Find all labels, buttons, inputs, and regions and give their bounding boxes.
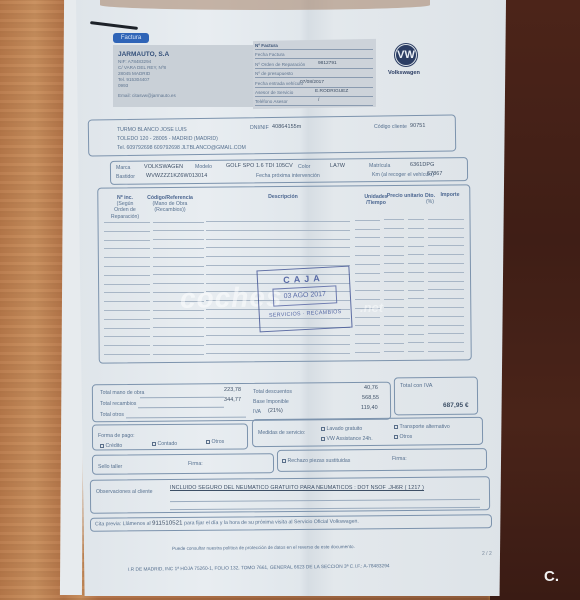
page-number: 2 / 2 (482, 551, 492, 557)
meta-label: Nº Orden de Reparación (255, 62, 305, 67)
table-row-line (428, 263, 464, 264)
table-row-line (104, 292, 150, 293)
meta-label: Nº de presupuesto (255, 71, 293, 76)
invoice-meta-row: Nº de presupuesto (255, 71, 373, 78)
dni-value: 40864155m (272, 124, 301, 130)
watermark-suffix: .net (360, 300, 383, 315)
stamp-date-box: 03 AGO 2017 (272, 285, 337, 306)
option-label: Transporte alternativo (400, 424, 450, 430)
checkbox[interactable] (321, 437, 325, 441)
invoice-meta-row: Teléfono Asesor (255, 99, 373, 106)
table-row-line (428, 237, 464, 238)
table-row-line (384, 299, 404, 300)
table-row-line (355, 220, 380, 221)
table-row-line (428, 245, 464, 246)
table-row-line (408, 351, 424, 352)
meta-label: Teléfono Asesor (255, 99, 288, 104)
table-row-line (408, 237, 424, 238)
signature-label: Firma: (188, 461, 203, 467)
table-row-line (428, 228, 464, 229)
table-row-line (428, 272, 464, 273)
table-row-line (355, 334, 380, 335)
table-row-line (153, 318, 204, 319)
customer-contact: Tel. 609792698 609792698 JLTBLANCO@GMAIL… (117, 145, 246, 151)
invoice-type-badge: Factura (113, 33, 149, 43)
vehicle-field-label: Color (298, 164, 310, 170)
meta-label: Nº Factura (255, 43, 278, 48)
table-row-line (428, 307, 464, 308)
table-row-line (206, 221, 350, 222)
payment-option-cash[interactable]: Contado (152, 441, 177, 447)
table-row-line (104, 266, 150, 267)
invoice-meta-row: Nº Orden de Reparación (255, 62, 373, 69)
table-row-line (355, 281, 380, 282)
discount-label: Total descuentos (253, 389, 292, 395)
service-option-transport[interactable]: Transporte alternativo (394, 424, 450, 430)
dni-label: DNI/NIF (250, 125, 269, 131)
option-label: Lavado gratuito (327, 426, 363, 432)
meta-label: Fecha entrada vehículo (255, 81, 303, 86)
table-row-line (355, 343, 380, 344)
table-row-line (153, 248, 204, 249)
table-row-line (355, 255, 380, 256)
parts-total-label: Total recambios (100, 401, 136, 407)
option-label: Crédito (106, 443, 123, 449)
vehicle-field-value: 67867 (427, 171, 443, 177)
option-label: VW Assistance 24h. (327, 436, 373, 442)
checkbox[interactable] (394, 435, 398, 439)
table-row-line (408, 307, 424, 308)
corner-watermark: C. (544, 568, 559, 585)
table-row-line (384, 343, 404, 344)
table-row-line (104, 328, 150, 329)
column-label: Código/Referencia (147, 195, 193, 201)
table-row-line (355, 352, 380, 353)
table-row-line (428, 281, 464, 282)
table-row-line (384, 237, 404, 238)
column-header-inc: Nº inc.(Según Orden de Reparación) (109, 195, 141, 220)
observations-text: INCLUIDO SEGURO DEL NEUMATICO GRATUITO P… (170, 485, 424, 491)
table-row-line (384, 272, 404, 273)
table-row-line (355, 264, 380, 265)
table-row-line (408, 254, 424, 255)
column-sublabel: (Según Orden de Reparación) (109, 201, 141, 220)
vw-logo-icon: VW (395, 44, 417, 66)
table-row-line (408, 334, 424, 335)
table-row-line (384, 290, 404, 291)
vehicle-field-label: Km (al recoger el vehículo) (372, 172, 434, 178)
table-row-line (206, 353, 350, 354)
vehicle-field-label: Modelo (195, 164, 212, 170)
table-row-line (408, 316, 424, 317)
table-row-line (153, 345, 204, 346)
table-row-line (206, 256, 350, 257)
table-row-line (355, 317, 380, 318)
grand-total-label: Total con IVA (400, 383, 433, 390)
company-code: 0993 (118, 83, 128, 88)
cashier-stamp: CAJA 03 AGO 2017 SERVICIOS · RECAMBIOS (256, 266, 352, 333)
vw-logo-glyph: VW (396, 45, 416, 65)
table-row-line (384, 316, 404, 317)
table-row-line (428, 325, 464, 326)
meta-value: 07/08/2017 (300, 80, 324, 85)
payment-option-other[interactable]: Otros (206, 439, 224, 445)
table-row-line (104, 257, 150, 258)
table-row-line (408, 290, 424, 291)
table-row-line (355, 290, 380, 291)
table-row-line (428, 342, 464, 343)
vat-value: 119,40 (361, 405, 378, 411)
table-row-line (206, 239, 350, 240)
vehicle-field-label: Bastidor (116, 174, 135, 180)
discount-value: 40,76 (364, 385, 378, 391)
vehicle-field-label: Fecha próxima intervención (256, 173, 320, 179)
table-row-line (206, 247, 350, 248)
company-nif: NIF: A78483294 (118, 59, 151, 64)
vehicle-field-label: Marca (116, 165, 130, 171)
observations-label: Observaciones al cliente (96, 489, 153, 495)
table-row-line (153, 257, 204, 258)
table-row-line (428, 316, 464, 317)
table-row-line (384, 246, 404, 247)
client-code-label: Código cliente (374, 124, 407, 130)
meta-label: Asesor de Servicio (255, 90, 293, 95)
meta-value: 9812791 (318, 61, 337, 66)
table-row-line (384, 263, 404, 264)
table-row-line (104, 319, 150, 320)
checkbox[interactable] (282, 459, 286, 463)
vehicle-field-value: VOLKSWAGEN (144, 164, 183, 170)
invoice-meta-row: Asesor de Servicio (255, 90, 373, 97)
labor-total-label: Total mano de obra (100, 390, 144, 396)
table-row-line (104, 240, 150, 241)
option-label: Otros (212, 439, 225, 445)
company-street: C/ VARA DEL REY, Nº8 (118, 65, 166, 70)
table-row-line (408, 246, 424, 247)
checkbox[interactable] (100, 444, 104, 448)
column-header-code: Código/Referencia(Mano de Obra (Recambio… (147, 195, 193, 214)
stamp-title: CAJA (258, 272, 349, 287)
table-row-line (428, 333, 464, 334)
company-phone: Tel. 915304407 (118, 77, 149, 82)
table-row-line (153, 327, 204, 328)
table-row-line (408, 263, 424, 264)
invoice-meta-row: Fecha Factura (255, 52, 373, 59)
column-label: Descripción (263, 194, 303, 200)
table-row-line (384, 281, 404, 282)
checkbox[interactable] (206, 440, 210, 444)
table-row-line (206, 230, 350, 231)
client-code-value: 90751 (410, 123, 426, 129)
table-row-line (153, 239, 204, 240)
column-label: Importe (430, 192, 470, 198)
table-row-line (206, 335, 350, 336)
vehicle-field-value: 6361DPG (410, 162, 434, 168)
table-row-line (355, 325, 380, 326)
table-row-line (428, 219, 464, 220)
invoice-meta-row: Nº Factura (255, 43, 373, 50)
workshop-seal-label: Sello taller (98, 464, 122, 470)
table-row-line (408, 342, 424, 343)
customer-name: TURMO BLANCO JOSE LUIS (117, 127, 187, 133)
table-row-line (153, 336, 204, 337)
service-measures-label: Medidas de servicio: (258, 430, 305, 436)
appointment-prefix: Cita previa: Llámenos al (95, 521, 151, 528)
tax-base-value: 568,55 (362, 395, 379, 401)
stamp-footer: SERVICIOS · RECAMBIOS (262, 309, 349, 320)
table-row-line (428, 298, 464, 299)
table-row-line (104, 231, 150, 232)
table-row-line (355, 237, 380, 238)
column-sublabel: (Mano de Obra (Recambios)) (147, 201, 193, 213)
checkbox[interactable] (394, 425, 398, 429)
column-header-amount: Importe (430, 192, 470, 198)
table-row-line (104, 284, 150, 285)
vehicle-field-label: Matrícula (369, 163, 390, 169)
table-row-line (206, 344, 350, 345)
table-row-line (408, 228, 424, 229)
meta-value: E.RODRIGUEZ (315, 89, 348, 94)
tax-base-label: Base Imponible (253, 399, 289, 405)
table-row-line (428, 289, 464, 290)
paper-top-shadow (100, 0, 430, 10)
vehicle-field-value: LA7W (330, 163, 345, 169)
parts-total-value: 344,77 (224, 397, 241, 403)
table-row-line (104, 354, 150, 355)
checkbox[interactable] (152, 442, 156, 446)
table-row-line (384, 325, 404, 326)
signature-label-2: Firma: (392, 456, 407, 462)
vat-rate: (21%) (268, 408, 283, 414)
table-row-line (384, 307, 404, 308)
payment-label: Forma de pago: (98, 433, 135, 439)
table-row-line (428, 254, 464, 255)
vehicle-field-value: GOLF SPO 1.6 TDI 105CV (226, 163, 293, 169)
table-row-line (153, 354, 204, 355)
service-option-assistance[interactable]: VW Assistance 24h. (321, 436, 373, 442)
customer-address: TOLEDO 120 - 28005 - MADRID (MADRID) (117, 136, 218, 142)
other-total-label: Total otros (100, 412, 124, 418)
checkbox[interactable] (321, 427, 325, 431)
stamp-date: 03 AGO 2017 (274, 290, 336, 300)
payment-option-credit[interactable]: Crédito (100, 443, 122, 449)
table-row-line (104, 310, 150, 311)
column-header-desc: Descripción (263, 194, 303, 200)
appointment-phone: 911510521 (152, 520, 183, 526)
table-row-line (408, 281, 424, 282)
table-row-line (408, 219, 424, 220)
table-row-line (408, 272, 424, 273)
table-row-line (384, 228, 404, 229)
table-row-line (408, 325, 424, 326)
table-row-line (104, 345, 150, 346)
table-row-line (153, 274, 204, 275)
table-row-line (206, 265, 350, 266)
meta-label: Fecha Factura (255, 52, 285, 57)
table-row-line (384, 255, 404, 256)
vat-label: IVA (253, 409, 261, 415)
table-row-line (355, 246, 380, 247)
table-row-line (104, 248, 150, 249)
labor-total-value: 223,78 (224, 387, 241, 393)
service-option-wash[interactable]: Lavado gratuito (321, 426, 362, 432)
company-city: 28045 MADRID (118, 71, 150, 76)
table-row-line (153, 222, 204, 223)
table-row-line (408, 298, 424, 299)
table-row-line (384, 219, 404, 220)
option-label: Otros (400, 434, 413, 440)
table-row-line (104, 336, 150, 337)
company-email: Email: citasvw@jarmauto.es (118, 93, 176, 98)
brand-name: Volkswagen (388, 70, 420, 76)
table-row-line (153, 266, 204, 267)
table-row-line (104, 222, 150, 223)
service-option-other[interactable]: Otros (394, 434, 412, 440)
option-label: Rechazo piezas sustituidas (288, 458, 351, 464)
table-row-line (355, 273, 380, 274)
table-row-line (104, 301, 150, 302)
table-row-line (104, 275, 150, 276)
meta-value: / (318, 98, 319, 103)
table-row-line (384, 334, 404, 335)
column-sublabel: (%) (410, 199, 450, 205)
table-row-line (355, 229, 380, 230)
rejection-option[interactable]: Rechazo piezas sustituidas (282, 458, 350, 464)
grand-total-value: 687,95 € (443, 402, 469, 409)
table-row-line (428, 351, 464, 352)
company-name: JARMAUTO, S.A (118, 51, 169, 58)
vehicle-field-value: WVWZZZ1KZ6W013014 (146, 173, 207, 179)
table-row-line (384, 351, 404, 352)
appointment-suffix: para fijar el día y la hora de su próxim… (184, 519, 359, 527)
table-row-line (153, 230, 204, 231)
option-label: Contado (158, 441, 178, 447)
